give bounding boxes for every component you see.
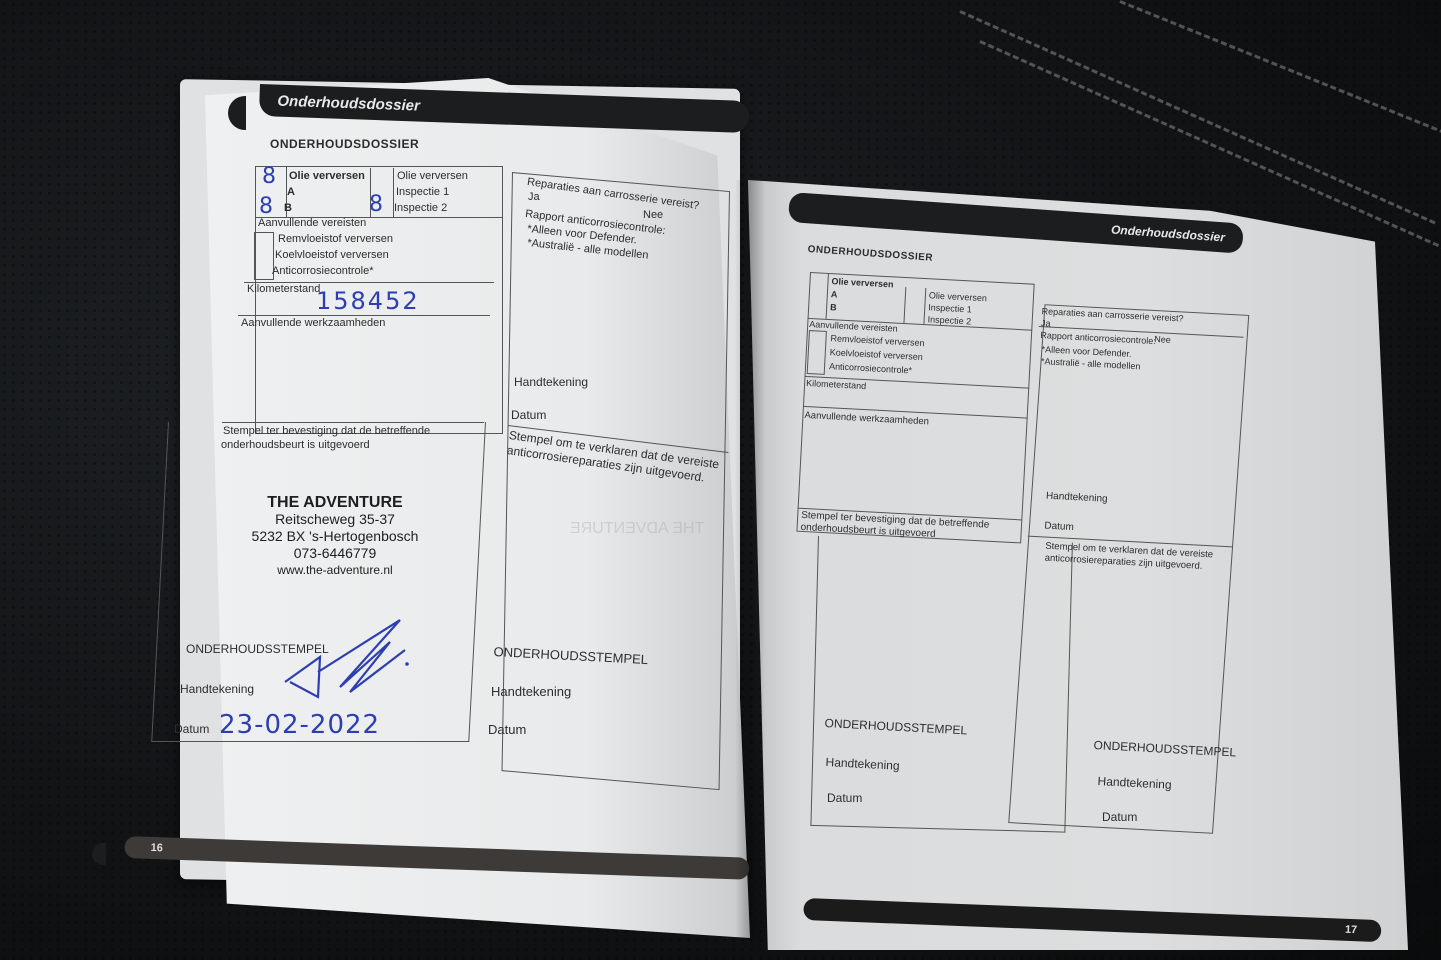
left-header-text: Onderhoudsdossier xyxy=(277,92,420,114)
nee-label: Nee xyxy=(643,209,663,221)
handtekening-label: Handtekening xyxy=(180,682,254,696)
handwritten-check-inspectie-2: 8 xyxy=(369,192,383,217)
handwritten-kilometerstand: 158452 xyxy=(316,287,420,315)
handwritten-check-olie: 8 xyxy=(262,164,276,189)
koelvloeistof-label: Koelvloeistof verversen xyxy=(275,249,389,261)
ja-label: Ja xyxy=(528,191,540,203)
corrosion-handtekening2-label: Handtekening xyxy=(491,684,571,699)
handwritten-date: 23-02-2022 xyxy=(219,710,380,740)
show-through-text: THE ADVENTURE xyxy=(570,520,704,538)
check-a-label: A xyxy=(287,186,295,198)
check-b-label: B xyxy=(284,202,292,214)
left-page-number: 16 xyxy=(150,842,163,854)
r-check-b-label: B xyxy=(830,302,837,312)
r-nee-label: Nee xyxy=(1154,334,1171,345)
r-check-a-label: A xyxy=(831,289,838,299)
dealer-stamp: THE ADVENTURE Reitscheweg 35-37 5232 BX … xyxy=(225,494,445,579)
signature xyxy=(280,612,420,702)
corrosion-datum2-label: Datum xyxy=(488,722,526,737)
dealer-website: www.the-adventure.nl xyxy=(225,562,445,579)
checkbox-group xyxy=(254,232,274,280)
stempel-bevestiging-line1: Stempel ter bevestiging dat de betreffen… xyxy=(223,425,430,437)
corrosion-datum-label: Datum xyxy=(511,408,546,422)
right-page-number: 17 xyxy=(1345,924,1358,936)
werkzaamheden-label: Aanvullende werkzaamheden xyxy=(241,317,385,329)
r-corrosion-datum-label: Datum xyxy=(1044,521,1074,534)
dealer-name: THE ADVENTURE xyxy=(225,494,445,511)
dealer-phone: 073-6446779 xyxy=(225,545,445,562)
dealer-street: Reitscheweg 35-37 xyxy=(225,511,445,528)
r-datum-label: Datum xyxy=(827,791,862,805)
kilometerstand-label: Kilometerstand xyxy=(247,283,320,295)
book-spine-shadow xyxy=(735,180,765,940)
handwritten-check-b: 8 xyxy=(259,194,273,219)
stempel-bevestiging-line2: onderhoudsbeurt is uitgevoerd xyxy=(221,439,370,451)
remvloeistof-label: Remvloeistof verversen xyxy=(278,233,393,245)
right-header-text: Onderhoudsdossier xyxy=(1111,223,1226,245)
corrosion-handtekening-label: Handtekening xyxy=(514,375,588,389)
r-corrosion-datum2-label: Datum xyxy=(1102,810,1137,824)
left-title: ONDERHOUDSDOSSIER xyxy=(270,137,419,151)
aanvullende-vereisten-label: Aanvullende vereisten xyxy=(258,217,366,229)
check-olie-verversen-2-label: Olie verversen xyxy=(397,170,468,182)
dealer-city: 5232 BX 's-Hertogenbosch xyxy=(225,528,445,545)
anticorrosie-label: Anticorrosiecontrole* xyxy=(272,265,374,277)
r-ja-label: Ja xyxy=(1041,318,1051,328)
datum-label: Datum xyxy=(174,722,209,736)
check-inspectie-2-label: Inspectie 2 xyxy=(394,202,447,214)
check-olie-verversen-label: Olie verversen xyxy=(289,170,365,182)
divider xyxy=(238,315,490,316)
check-inspectie-1-label: Inspectie 1 xyxy=(396,186,449,198)
